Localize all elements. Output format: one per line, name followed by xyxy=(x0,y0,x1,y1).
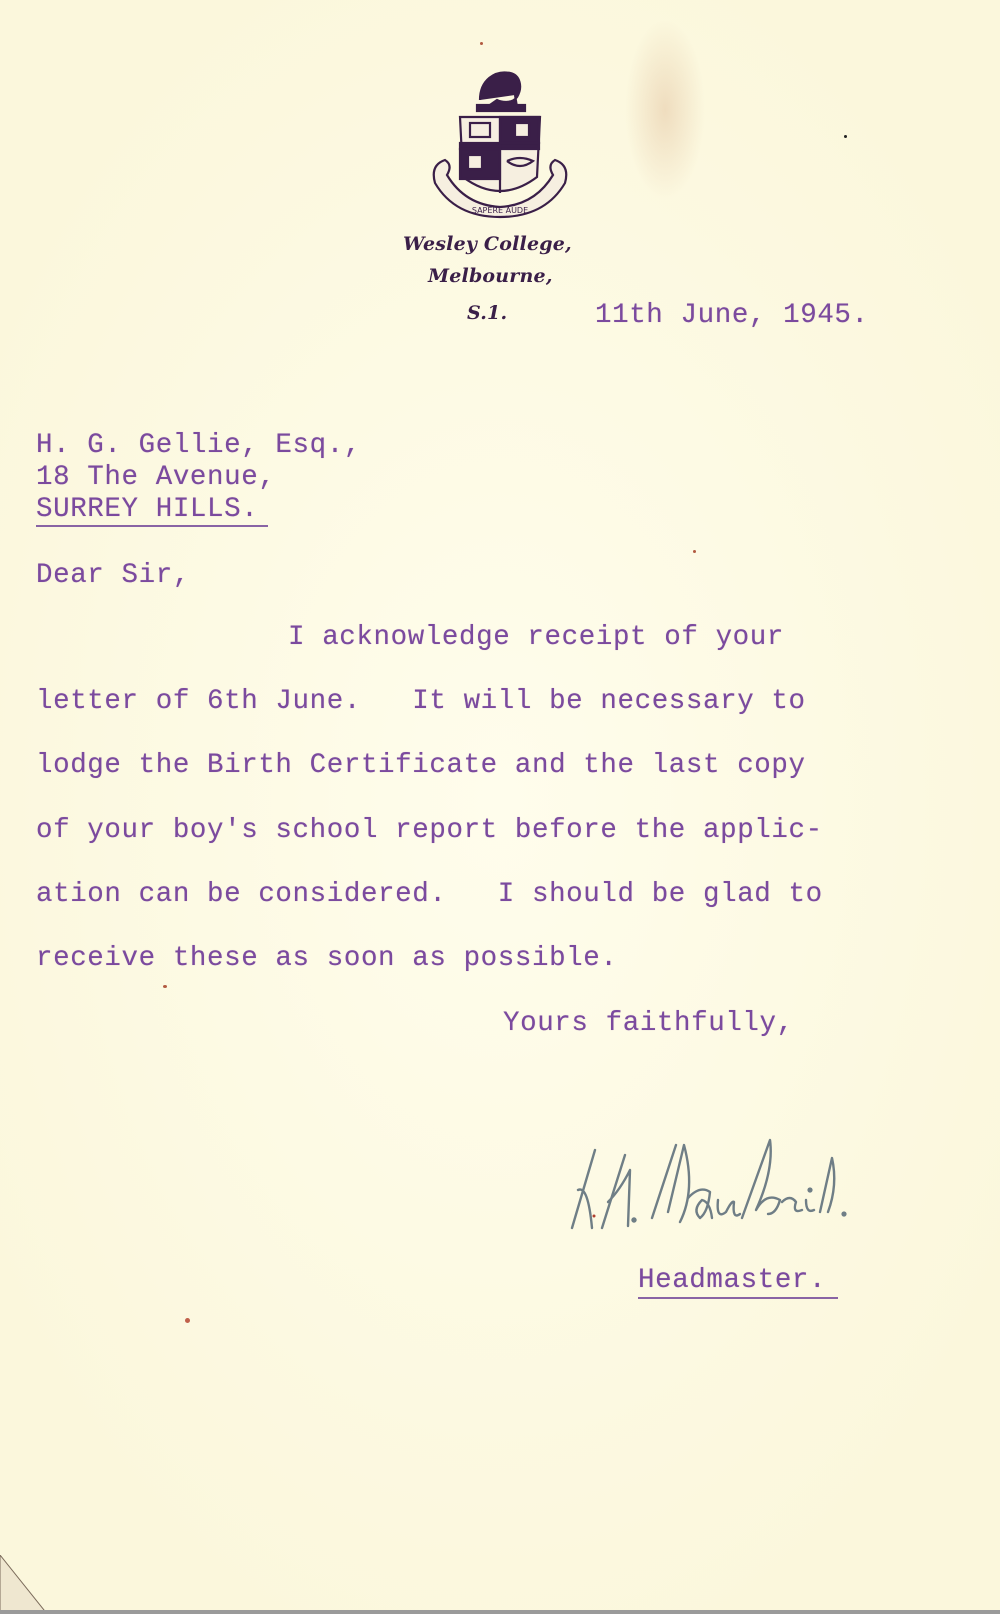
recipient-street: 18 The Avenue, xyxy=(36,462,275,493)
college-crest-icon: SAPERE AUDE xyxy=(425,65,575,220)
body-line: receive these as soon as possible. xyxy=(36,943,618,974)
closing: Yours faithfully, xyxy=(503,1008,794,1039)
letterhead-line1: Wesley College, xyxy=(403,233,572,255)
body-line: lodge the Birth Certificate and the last… xyxy=(36,750,806,781)
stain-spot xyxy=(163,985,167,988)
signature-title: Headmaster. xyxy=(638,1265,826,1296)
letterhead-line3: S.1. xyxy=(467,302,507,324)
recipient-name: H. G. Gellie, Esq., xyxy=(36,430,361,461)
salutation: Dear Sir, xyxy=(36,560,190,591)
page-bottom-edge xyxy=(0,1610,1000,1614)
crest-motto: SAPERE AUDE xyxy=(472,206,528,215)
stain-spot xyxy=(480,42,483,45)
stain-spot xyxy=(185,1318,190,1323)
folded-corner xyxy=(0,1555,50,1614)
body-line: of your boy's school report before the a… xyxy=(36,815,823,846)
recipient-suburb: SURREY HILLS. xyxy=(36,494,258,525)
letterhead-line2: Melbourne, xyxy=(428,265,553,287)
letter-date: 11th June, 1945. xyxy=(595,300,869,331)
stain-spot xyxy=(693,550,696,553)
body-line: letter of 6th June. It will be necessary… xyxy=(36,686,806,717)
stain-spot xyxy=(844,135,847,138)
letter-paper: SAPERE AUDE Wesley College, Melbourne, S… xyxy=(0,0,1000,1614)
body-line: ation can be considered. I should be gla… xyxy=(36,879,823,910)
body-line: I acknowledge receipt of your xyxy=(288,622,784,653)
handwritten-signature xyxy=(570,1130,890,1250)
title-underline xyxy=(638,1297,838,1299)
suburb-underline xyxy=(36,525,268,527)
